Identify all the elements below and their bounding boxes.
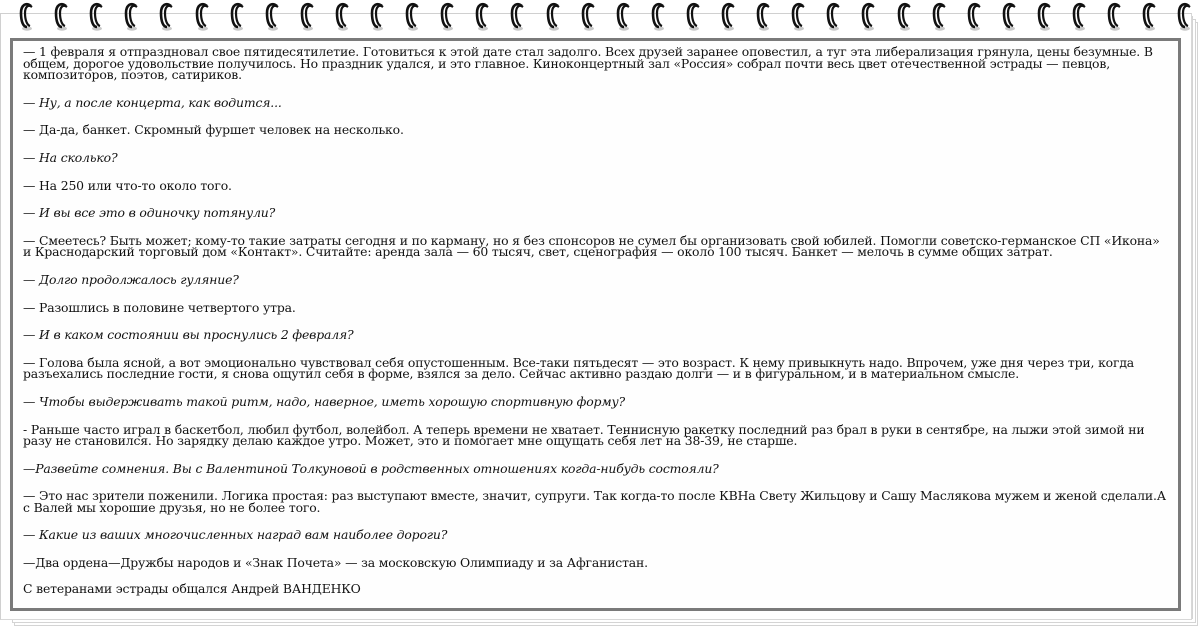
paragraph-question: — И вы все это в одиночку потянули?: [23, 207, 1170, 219]
paragraph-answer: — Голова была ясной, а вот эмоционально …: [23, 357, 1170, 380]
spiral-ring-icon: [966, 2, 984, 32]
spiral-ring-icon: [1176, 2, 1194, 32]
spiral-ring-icon: [1071, 2, 1089, 32]
spiral-ring-icon: [615, 2, 633, 32]
spiral-ring-icon: [229, 2, 247, 32]
spiral-ring-icon: [1106, 2, 1124, 32]
spiral-ring-icon: [685, 2, 703, 32]
paragraph-answer: — Это нас зрители поженили. Логика прост…: [23, 490, 1170, 513]
spiral-ring-icon: [931, 2, 949, 32]
paragraph-answer: — Смеетесь? Быть может; кому-то такие за…: [23, 235, 1170, 258]
paragraph-question: — Долго продолжалось гуляние?: [23, 274, 1170, 286]
paragraph-question: — На сколько?: [23, 152, 1170, 164]
spiral-ring-icon: [1001, 2, 1019, 32]
spiral-ring-icon: [439, 2, 457, 32]
spiral-ring-icon: [53, 2, 71, 32]
spiral-ring-icon: [404, 2, 422, 32]
spiral-ring-icon: [1036, 2, 1054, 32]
paragraph-answer: — 1 февраля я отпраздновал свое пятидеся…: [23, 46, 1170, 81]
spiral-ring-icon: [158, 2, 176, 32]
spiral-ring-icon: [334, 2, 352, 32]
paragraph-question: — Чтобы выдерживать такой ритм, надо, на…: [23, 396, 1170, 408]
spiral-ring-icon: [825, 2, 843, 32]
spiral-ring-icon: [650, 2, 668, 32]
spiral-ring-icon: [1141, 2, 1159, 32]
spiral-ring-icon: [580, 2, 598, 32]
paragraph-answer: — Разошлись в половине четвертого утра.: [23, 302, 1170, 314]
spiral-ring-icon: [18, 2, 36, 32]
paragraph-question: — Какие из ваших многочисленных наград в…: [23, 529, 1170, 541]
spiral-ring-icon: [755, 2, 773, 32]
paragraph-answer: — Да-да, банкет. Скромный фуршет человек…: [23, 124, 1170, 136]
spiral-ring-icon: [194, 2, 212, 32]
spiral-ring-icon: [474, 2, 492, 32]
spiral-ring-icon: [860, 2, 878, 32]
spiral-ring-icon: [509, 2, 527, 32]
spiral-ring-icon: [790, 2, 808, 32]
spiral-ring-icon: [896, 2, 914, 32]
paragraph-answer: —Два ордена—Дружбы народов и «Знак Почет…: [23, 557, 1170, 569]
spiral-ring-icon: [123, 2, 141, 32]
article-frame: — 1 февраля я отпраздновал свое пятидеся…: [10, 38, 1181, 611]
spiral-ring-icon: [299, 2, 317, 32]
interview-article: — 1 февраля я отпраздновал свое пятидеся…: [23, 46, 1170, 594]
spiral-ring-icon: [720, 2, 738, 32]
article-byline: С ветеранами эстрады общался Андрей ВАНД…: [23, 583, 1170, 595]
spiral-ring-icon: [545, 2, 563, 32]
spiral-ring-icon: [88, 2, 106, 32]
spiral-ring-icon: [264, 2, 282, 32]
paragraph-question: — Ну, а после концерта, как водится...: [23, 97, 1170, 109]
paragraph-answer: — На 250 или что-то около того.: [23, 180, 1170, 192]
spiral-binding: [0, 0, 1199, 34]
paragraph-question: —Развейте сомнения. Вы с Валентиной Толк…: [23, 463, 1170, 475]
paragraph-question: — И в каком состоянии вы проснулись 2 фе…: [23, 329, 1170, 341]
spiral-ring-icon: [369, 2, 387, 32]
paragraph-answer: - Раньше часто играл в баскетбол, любил …: [23, 424, 1170, 447]
